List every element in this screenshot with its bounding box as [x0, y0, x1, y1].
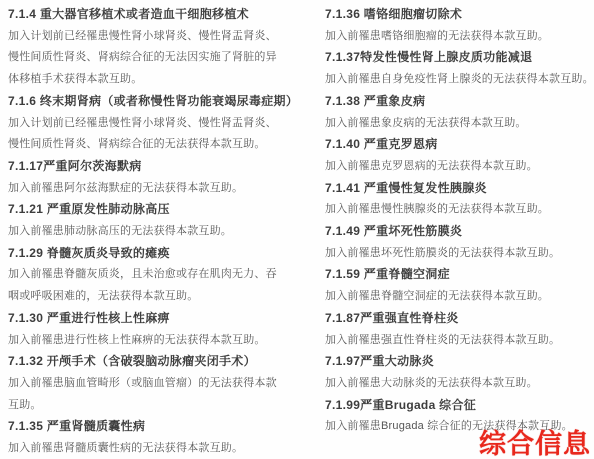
term-heading: 7.1.4 重大器官移植术或者造血干细胞移植术 — [8, 4, 278, 26]
term-clause: 加入前罹患强直性脊柱炎的无法获得本款互助。 — [325, 330, 594, 352]
terms-column-left: 7.1.4 重大器官移植术或者造血干细胞移植术加入计划前已经罹患慢性肾小球肾炎、… — [8, 4, 278, 459]
term-heading: 7.1.59 严重脊髓空洞症 — [325, 264, 594, 286]
term-heading: 7.1.40 严重克罗恩病 — [325, 134, 594, 156]
term-clause: 加入前罹患肾髓质囊性病的无法获得本款互助。 — [8, 438, 278, 459]
term-clause: 加入前罹患自身免疫性肾上腺炎的无法获得本款互助。 — [325, 69, 594, 91]
terms-columns: 7.1.4 重大器官移植术或者造血干细胞移植术加入计划前已经罹患慢性肾小球肾炎、… — [8, 4, 594, 459]
term-heading: 7.1.38 严重象皮病 — [325, 91, 594, 113]
term-heading: 7.1.21 严重原发性肺动脉高压 — [8, 199, 278, 221]
term-clause: 加入前罹患克罗恩病的无法获得本款互助。 — [325, 156, 594, 178]
term-clause: 加入计划前已经罹患慢性肾小球肾炎、慢性肾盂肾炎、慢性间质性肾炎、肾病综合征的无法… — [8, 26, 278, 91]
term-heading: 7.1.99严重Brugada 综合征 — [325, 395, 594, 417]
term-clause: 加入前罹患坏死性筋膜炎的无法获得本款互助。 — [325, 243, 594, 265]
term-clause: 加入前罹患脊髓灰质炎，且未治愈或存在肌肉无力、吞咽或呼吸困难的，无法获得本款互助… — [8, 264, 278, 307]
term-heading: 7.1.49 严重坏死性筋膜炎 — [325, 221, 594, 243]
term-clause: 加入前罹患脊髓空洞症的无法获得本款互助。 — [325, 286, 594, 308]
term-clause: 加入计划前已经罹患慢性肾小球肾炎、慢性肾盂肾炎、慢性间质性肾炎、肾病综合征的无法… — [8, 113, 278, 156]
term-clause: 加入前罹患嗜铬细胞瘤的无法获得本款互助。 — [325, 26, 594, 48]
watermark-label: 综合信息 — [479, 429, 591, 459]
term-heading: 7.1.30 严重进行性核上性麻痹 — [8, 308, 278, 330]
term-clause: 加入前罹患象皮病的无法获得本款互助。 — [325, 113, 594, 135]
term-heading: 7.1.17严重阿尔茨海默病 — [8, 156, 278, 178]
term-clause: 加入前罹患脑血管畸形（或脑血管瘤）的无法获得本款互助。 — [8, 373, 278, 416]
term-clause: 加入前罹患阿尔兹海默症的无法获得本款互助。 — [8, 178, 278, 200]
term-heading: 7.1.6 终末期肾病（或者称慢性肾功能衰竭尿毒症期） — [8, 91, 278, 113]
term-heading: 7.1.35 严重肾髓质囊性病 — [8, 416, 278, 438]
term-clause: 加入前罹患大动脉炎的无法获得本款互助。 — [325, 373, 594, 395]
term-clause: 加入前罹患进行性核上性麻痹的无法获得本款互助。 — [8, 330, 278, 352]
term-heading: 7.1.32 开颅手术（含破裂脑动脉瘤夹闭手术） — [8, 351, 278, 373]
term-clause: 加入前罹患肺动脉高压的无法获得本款互助。 — [8, 221, 278, 243]
terms-column-right: 7.1.36 嗜铬细胞瘤切除术加入前罹患嗜铬细胞瘤的无法获得本款互助。7.1.3… — [325, 4, 594, 438]
terms-document-page: 7.1.4 重大器官移植术或者造血干细胞移植术加入计划前已经罹患慢性肾小球肾炎、… — [0, 0, 594, 459]
term-heading: 7.1.37特发性慢性肾上腺皮质功能减退 — [325, 47, 594, 69]
term-heading: 7.1.36 嗜铬细胞瘤切除术 — [325, 4, 594, 26]
term-heading: 7.1.97严重大动脉炎 — [325, 351, 594, 373]
term-heading: 7.1.87严重强直性脊柱炎 — [325, 308, 594, 330]
term-heading: 7.1.41 严重慢性复发性胰腺炎 — [325, 178, 594, 200]
term-heading: 7.1.29 脊髓灰质炎导致的瘫痪 — [8, 243, 278, 265]
term-clause: 加入前罹患慢性胰腺炎的无法获得本款互助。 — [325, 199, 594, 221]
